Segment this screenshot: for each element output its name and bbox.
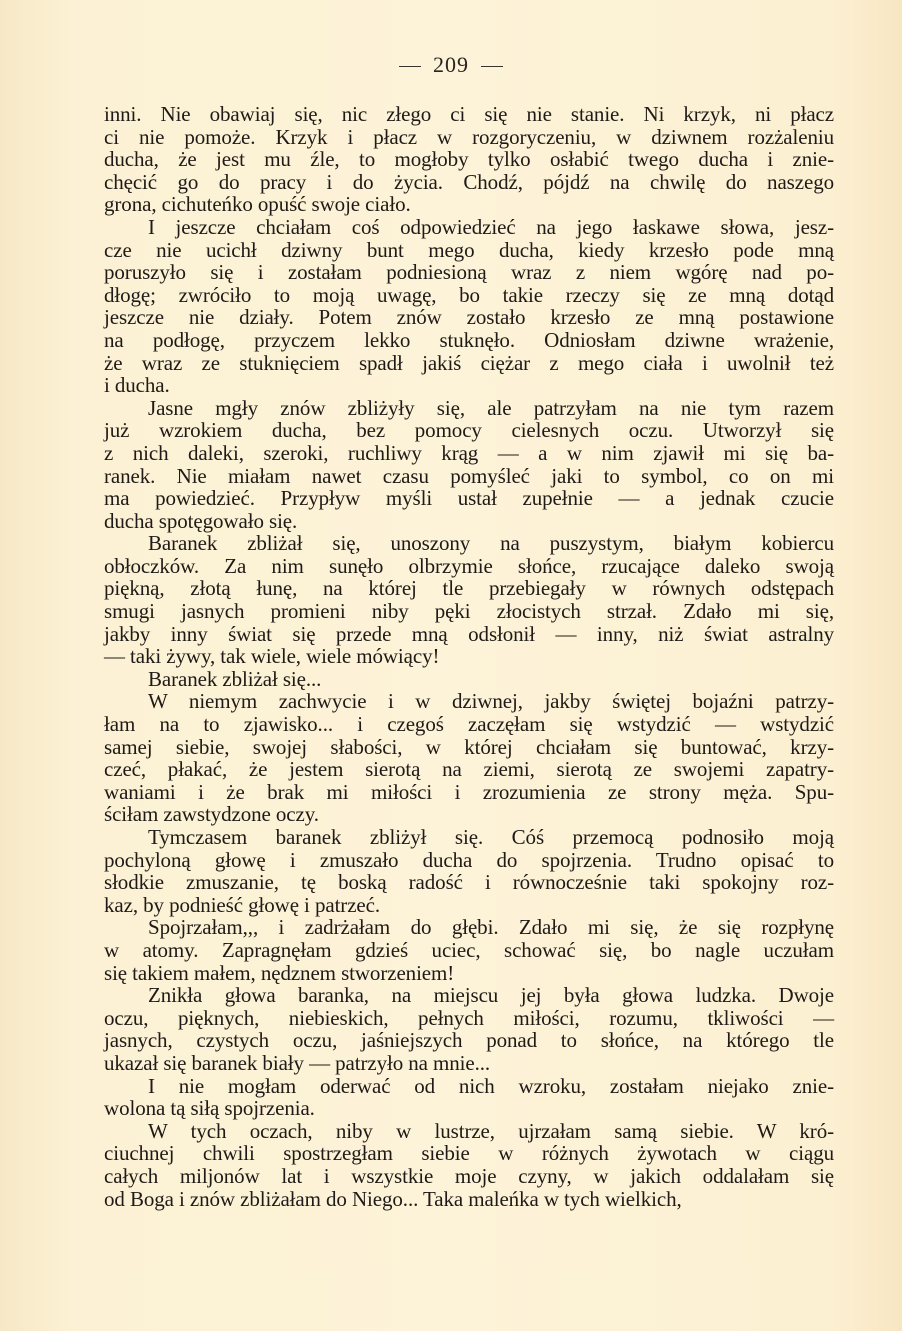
paragraph: W tych oczach, niby w lustrze, ujrzałam … <box>60 1120 834 1210</box>
text-line: jasnych, czystych oczu, jaśniejszych pon… <box>60 1029 834 1052</box>
text-line: ciuchnej chwili spostrzegłam siebie w ró… <box>60 1142 834 1165</box>
text-line: obłoczków. Za nim sunęło olbrzymie słońc… <box>60 555 834 578</box>
scanned-book-page: 209 inni. Nie obawiaj się, nic złego ci … <box>0 0 902 1331</box>
right-dash <box>481 66 503 67</box>
paragraph: Spojrzałam,,, i zadrżałam do głębi. Zdał… <box>60 916 834 984</box>
text-line: chęcić go do pracy i do życia. Chodź, pó… <box>60 171 834 194</box>
paragraph: Baranek zbliżał się, unoszony na puszyst… <box>60 532 834 668</box>
text-line: samej siebie, swojej słabości, w której … <box>60 736 834 759</box>
paragraph: I nie mogłam oderwać od nich wzroku, zos… <box>60 1075 834 1120</box>
text-line: poruszyło się i zostałam podniesioną wra… <box>60 261 834 284</box>
paragraph: Baranek zbliżał się... <box>60 668 834 691</box>
text-line: ściłam zawstydzone oczy. <box>60 803 834 826</box>
text-line: łam na to zjawisko... i czegoś zaczęłam … <box>60 713 834 736</box>
text-line: W tych oczach, niby w lustrze, ujrzałam … <box>60 1120 834 1143</box>
text-line: Spojrzałam,,, i zadrżałam do głębi. Zdał… <box>60 916 834 939</box>
text-line: Znikła głowa baranka, na miejscu jej był… <box>60 984 834 1007</box>
text-line: się takiem małem, nędznem stworzeniem! <box>60 962 834 985</box>
text-line: od Boga i znów zbliżałam do Niego... Tak… <box>60 1188 834 1211</box>
text-line: inni. Nie obawiaj się, nic złego ci się … <box>60 103 834 126</box>
paragraph: inni. Nie obawiaj się, nic złego ci się … <box>60 103 834 216</box>
text-line: W niemym zachwycie i w dziwnej, jakby św… <box>60 690 834 713</box>
paragraph: Znikła głowa baranka, na miejscu jej był… <box>60 984 834 1074</box>
text-line: ma powiedzieć. Przypływ myśli ustał zupe… <box>60 487 834 510</box>
text-line: cze nie ucichł dziwny bunt mego ducha, k… <box>60 239 834 262</box>
text-line: już wzrokiem ducha, bez pomocy cielesnyc… <box>60 419 834 442</box>
paragraph: I jeszcze chciałam coś odpowiedzieć na j… <box>60 216 834 397</box>
text-line: jakby inny świat się przede mną odsłonił… <box>60 623 834 646</box>
text-line: I jeszcze chciałam coś odpowiedzieć na j… <box>60 216 834 239</box>
paragraph: Tymczasem baranek zbliżył się. Cóś przem… <box>60 826 834 916</box>
text-line: na podłogę, przyczem lekko stuknęło. Odn… <box>60 329 834 352</box>
text-line: jeszcze nie działy. Potem znów zostało k… <box>60 306 834 329</box>
text-line: z nich daleki, szeroki, ruchliwy krąg — … <box>60 442 834 465</box>
text-line: grona, cichuteńko opuść swoje ciało. <box>60 193 834 216</box>
page-number-header: 209 <box>0 52 902 78</box>
text-line: wolona tą siłą spojrzenia. <box>60 1097 834 1120</box>
text-line: Tymczasem baranek zbliżył się. Cóś przem… <box>60 826 834 849</box>
text-line: smugi jasnych promieni niby pęki złocist… <box>60 600 834 623</box>
text-line: pochyloną głowę i zmuszało ducha do spoj… <box>60 849 834 872</box>
body-text: inni. Nie obawiaj się, nic złego ci się … <box>60 103 834 1210</box>
text-line: że wraz ze stuknięciem spadł jakiś cięża… <box>60 352 834 375</box>
text-line: I nie mogłam oderwać od nich wzroku, zos… <box>60 1075 834 1098</box>
text-line: Baranek zbliżał się... <box>60 668 834 691</box>
text-line: piękną, złotą łunę, na której tle przebi… <box>60 577 834 600</box>
text-line: i ducha. <box>60 374 834 397</box>
text-line: waniami i że brak mi miłości i zrozumien… <box>60 781 834 804</box>
text-line: ranek. Nie miałam nawet czasu pomyśleć j… <box>60 465 834 488</box>
text-line: ducha, że jest mu źle, to mogłoby tylko … <box>60 148 834 171</box>
page-number: 209 <box>433 52 469 77</box>
text-line: słodkie zmuszanie, tę boską radość i rów… <box>60 871 834 894</box>
text-line: Baranek zbliżał się, unoszony na puszyst… <box>60 532 834 555</box>
text-line: oczu, pięknych, niebieskich, pełnych mił… <box>60 1007 834 1030</box>
text-line: ci nie pomoże. Krzyk i płacz w rozgorycz… <box>60 126 834 149</box>
text-line: Jasne mgły znów zbliżyły się, ale patrzy… <box>60 397 834 420</box>
left-dash <box>399 66 421 67</box>
paragraph: Jasne mgły znów zbliżyły się, ale patrzy… <box>60 397 834 533</box>
text-line: — taki żywy, tak wiele, wiele mówiący! <box>60 645 834 668</box>
text-line: całych miljonów lat i wszystkie moje czy… <box>60 1165 834 1188</box>
text-line: dłogę; zwróciło to moją uwagę, bo takie … <box>60 284 834 307</box>
text-line: ukazał się baranek biały — patrzyło na m… <box>60 1052 834 1075</box>
text-line: czeć, płakać, że jestem sierotą na ziemi… <box>60 758 834 781</box>
text-line: w atomy. Zapragnęłam gdzieś uciec, schow… <box>60 939 834 962</box>
paragraph: W niemym zachwycie i w dziwnej, jakby św… <box>60 690 834 826</box>
text-line: ducha spotęgowało się. <box>60 510 834 533</box>
text-line: kaz, by podnieść głowę i patrzeć. <box>60 894 834 917</box>
